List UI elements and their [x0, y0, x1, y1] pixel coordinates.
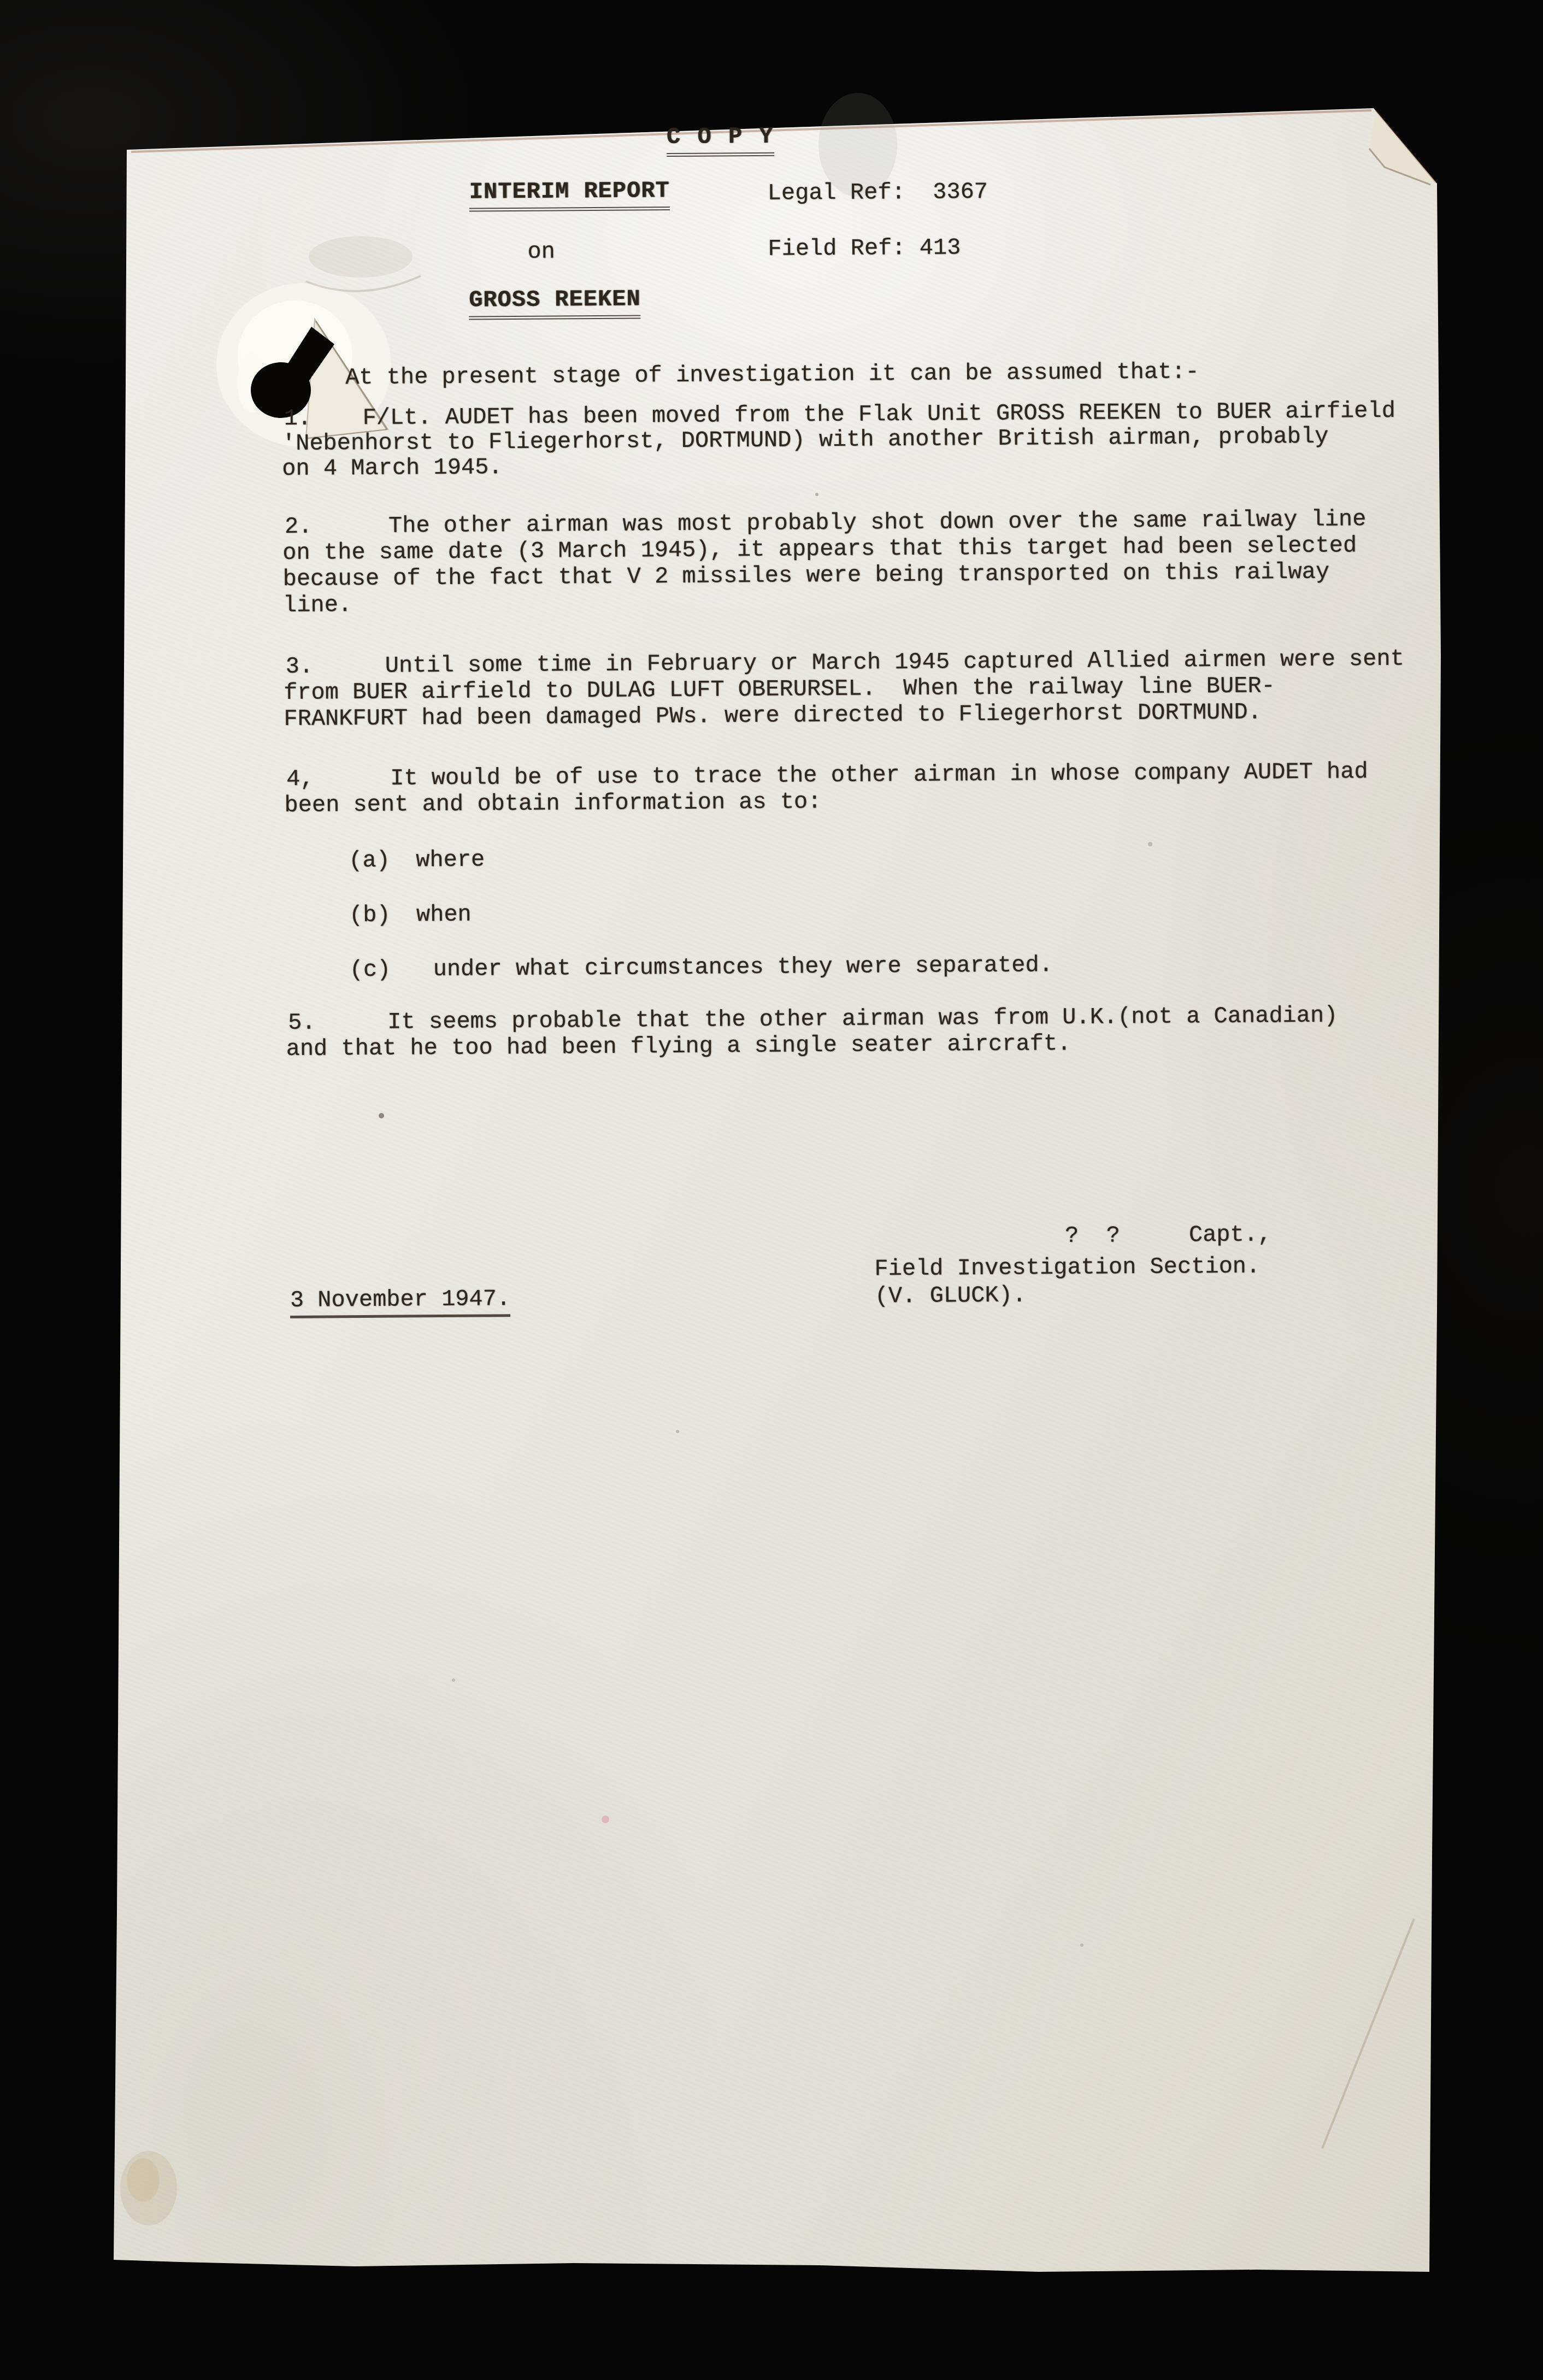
date-text: 3 November 1947. [290, 1286, 511, 1318]
para-2-line-4: line. [283, 592, 352, 618]
intro-line: At the present stage of investigation it… [345, 358, 1199, 391]
signature-name-line: (V. GLUCK). [875, 1282, 1027, 1310]
item-b-label: (b) [349, 902, 391, 929]
para-4-line-1: It would be of use to trace the other ai… [390, 758, 1368, 792]
title-connector: on [527, 239, 555, 266]
para-5-line-1: It seems probable that the other airman … [387, 1003, 1338, 1035]
para-1-num: 1. [284, 405, 311, 432]
field-ref: Field Ref: 413 [768, 234, 961, 262]
legal-ref: Legal Ref: 3367 [768, 179, 988, 207]
signature-rank-line: ? ? Capt., [1065, 1221, 1271, 1249]
para-3-num: 3. [286, 653, 314, 680]
copy-stamp: C O P Y [667, 123, 775, 157]
para-2-num: 2. [285, 514, 313, 540]
copy-stamp-text: C O P Y [667, 123, 775, 157]
report-subject-text: GROSS REEKEN [469, 286, 641, 320]
para-5-line-2: and that he too had been flying a single… [286, 1030, 1071, 1062]
item-c-label: (c) [349, 957, 391, 983]
item-b-text: when [416, 902, 472, 928]
signature-section-line: Field Investigation Section. [874, 1253, 1260, 1282]
para-4-num: 4, [286, 766, 314, 793]
date-line: 3 November 1947. [290, 1286, 511, 1318]
typewritten-text: C O P Y INTERIM REPORT Legal Ref: 3367 o… [0, 0, 1543, 2380]
para-1-line-3: on 4 March 1945. [282, 454, 503, 482]
scanned-document-photo: C O P Y INTERIM REPORT Legal Ref: 3367 o… [0, 0, 1543, 2380]
report-title: INTERIM REPORT [469, 178, 670, 212]
item-a-label: (a) [349, 847, 390, 874]
para-4-line-2: been sent and obtain information as to: [284, 788, 821, 818]
para-5-num: 5. [288, 1010, 316, 1036]
report-title-text: INTERIM REPORT [469, 178, 670, 212]
item-a-text: where [416, 846, 485, 873]
report-subject: GROSS REEKEN [469, 286, 641, 320]
item-c-text: under what circumstances they were separ… [433, 952, 1052, 982]
